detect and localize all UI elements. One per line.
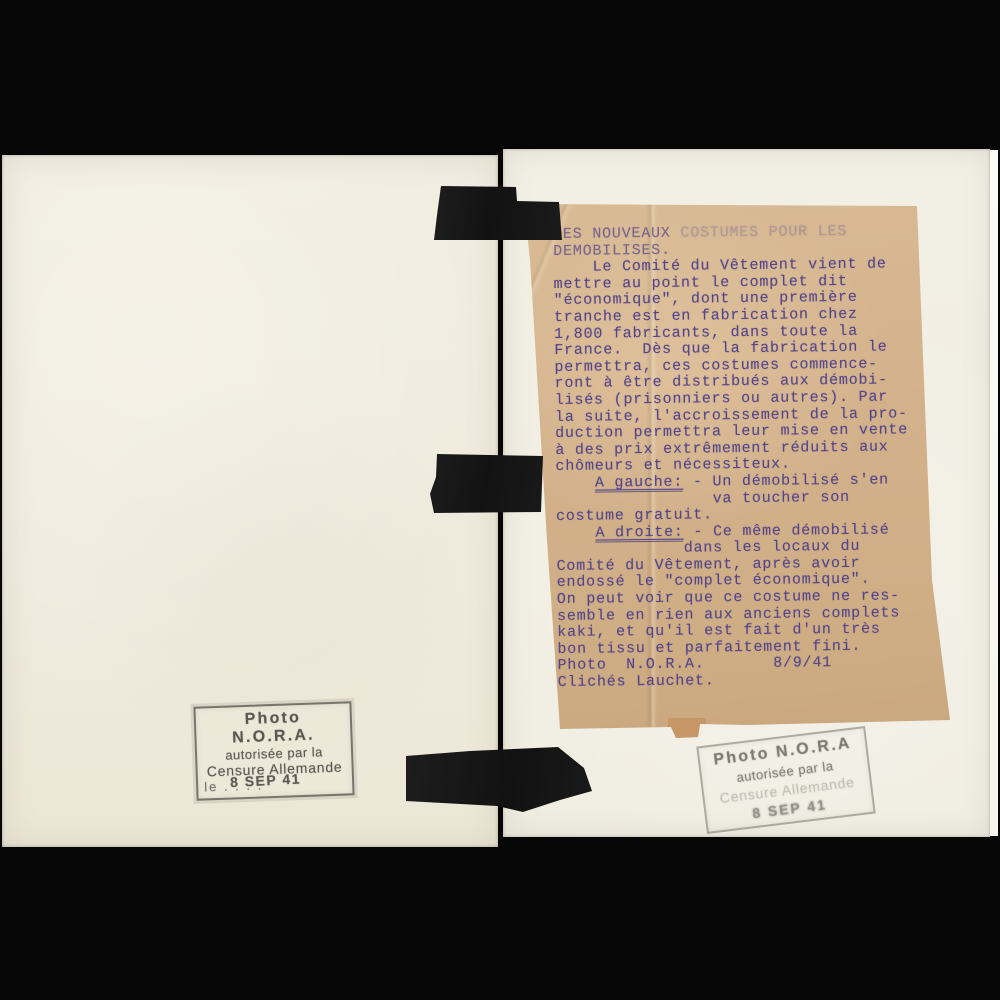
photograph-verso-scan: DES NOUVEAUX COSTUMES POUR LESDEMOBILISE… — [0, 0, 1000, 1000]
caption-line: Clichés Lauchet. — [558, 671, 911, 691]
paper-edge-sliver — [990, 150, 998, 836]
censor-stamp-left: Photo N.O.R.A. autorisée par la Censure … — [193, 701, 354, 800]
black-tape-middle — [425, 450, 545, 516]
typed-caption: DES NOUVEAUX COSTUMES POUR LESDEMOBILISE… — [553, 223, 911, 691]
stamp-date: 8 SEP 41 — [230, 770, 302, 790]
stamp-title: Photo N.O.R.A. — [202, 708, 345, 749]
stamp-date-line: le . . . . 8 SEP 41 — [204, 777, 264, 794]
typed-caption-label: DES NOUVEAUX COSTUMES POUR LESDEMOBILISE… — [520, 200, 956, 742]
